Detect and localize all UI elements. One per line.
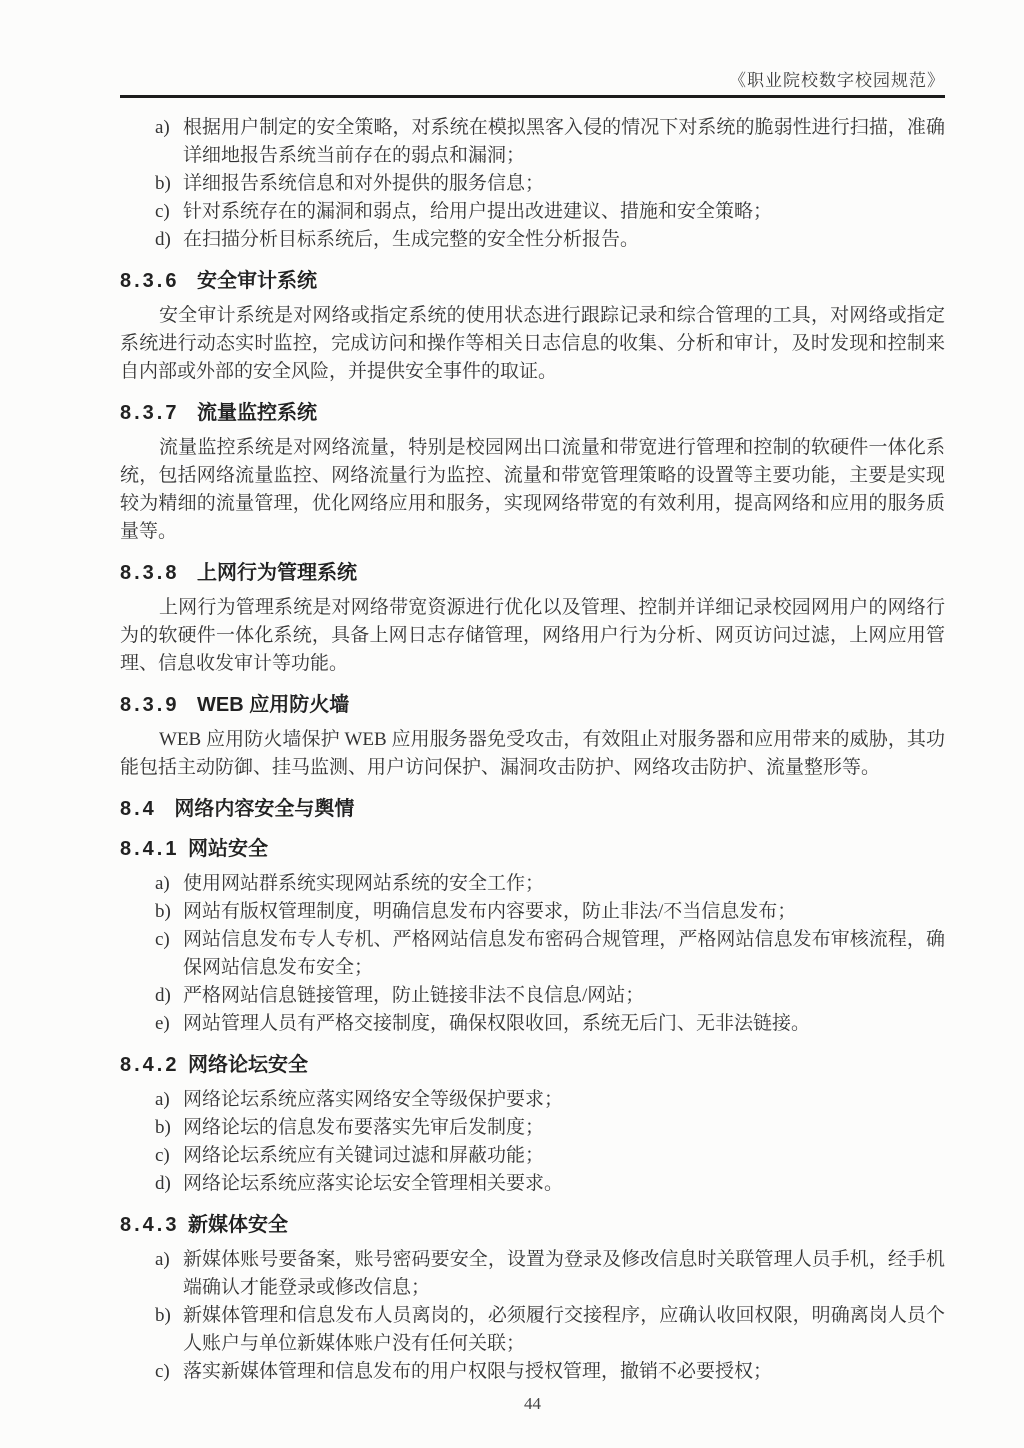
section-heading: 8.3.7 流量监控系统 — [120, 400, 945, 426]
document-page: 《职业院校数字校园规范》 a) 根据用户制定的安全策略，对系统在模拟黑客入侵的情… — [0, 0, 1024, 1448]
list-item-label: b) — [155, 170, 171, 198]
list-item: b) 新媒体管理和信息发布人员离岗的，必须履行交接程序，应确认收回权限，明确离岗… — [120, 1302, 945, 1358]
list-item: d) 在扫描分析目标系统后，生成完整的安全性分析报告。 — [120, 226, 945, 254]
section-heading: 8.3.9 WEB 应用防火墙 — [120, 692, 945, 718]
section-paragraph: 上网行为管理系统是对网络带宽资源进行优化以及管理、控制并详细记录校园网用户的网络… — [120, 594, 945, 678]
section-title: 网络论坛安全 — [188, 1054, 308, 1076]
section-heading: 8.3.6 安全审计系统 — [120, 268, 945, 294]
section-title: 网络内容安全与舆情 — [174, 798, 354, 820]
section-8-4-1: 8.4.1 网站安全 a) 使用网站群系统实现网站系统的安全工作； b) 网站有… — [120, 836, 945, 1038]
list-item-text: 详细报告系统信息和对外提供的服务信息； — [183, 173, 544, 194]
list-item-label: c) — [155, 1358, 170, 1386]
list-item: e) 网站管理人员有严格交接制度，确保权限收回，系统无后门、无非法链接。 — [120, 1010, 945, 1038]
lettered-list: a) 根据用户制定的安全策略，对系统在模拟黑客入侵的情况下对系统的脆弱性进行扫描… — [120, 114, 945, 254]
list-item: a) 使用网站群系统实现网站系统的安全工作； — [120, 870, 945, 898]
section-number: 8.4.1 — [120, 838, 179, 860]
list-item: c) 落实新媒体管理和信息发布的用户权限与授权管理，撤销不必要授权； — [120, 1358, 945, 1386]
list-item: c) 针对系统存在的漏洞和弱点，给用户提出改进建议、措施和安全策略； — [120, 198, 945, 226]
list-item: a) 根据用户制定的安全策略，对系统在模拟黑客入侵的情况下对系统的脆弱性进行扫描… — [120, 114, 945, 170]
list-item-label: d) — [155, 982, 171, 1010]
list-item-label: d) — [155, 1170, 171, 1198]
list-item-text: 使用网站群系统实现网站系统的安全工作； — [183, 873, 544, 894]
list-item-label: b) — [155, 898, 171, 926]
list-item-text: 新媒体管理和信息发布人员离岗的，必须履行交接程序，应确认收回权限，明确离岗人员个… — [183, 1305, 945, 1354]
list-item-text: 网络论坛系统应有关键词过滤和屏蔽功能； — [183, 1145, 544, 1166]
page-number: 44 — [120, 1394, 945, 1414]
lettered-list: a) 新媒体账号要备案，账号密码要安全，设置为登录及修改信息时关联管理人员手机，… — [120, 1246, 945, 1386]
list-item-text: 落实新媒体管理和信息发布的用户权限与授权管理，撤销不必要授权； — [183, 1361, 772, 1382]
list-item-text: 根据用户制定的安全策略，对系统在模拟黑客入侵的情况下对系统的脆弱性进行扫描，准确… — [183, 117, 945, 166]
list-item-label: a) — [155, 1246, 170, 1274]
list-item: d) 严格网站信息链接管理，防止链接非法不良信息/网站； — [120, 982, 945, 1010]
section-heading: 8.4.2 网络论坛安全 — [120, 1052, 945, 1078]
list-item-text: 网站有版权管理制度，明确信息发布内容要求，防止非法/不当信息发布； — [183, 901, 796, 922]
list-item-label: a) — [155, 114, 170, 142]
list-item-label: c) — [155, 198, 170, 226]
list-item: b) 详细报告系统信息和对外提供的服务信息； — [120, 170, 945, 198]
section-8-3-9: 8.3.9 WEB 应用防火墙 WEB 应用防火墙保护 WEB 应用服务器免受攻… — [120, 692, 945, 782]
section-8-4-2: 8.4.2 网络论坛安全 a) 网络论坛系统应落实网络安全等级保护要求； b) … — [120, 1052, 945, 1198]
list-item-text: 网站管理人员有严格交接制度，确保权限收回，系统无后门、无非法链接。 — [183, 1013, 810, 1034]
list-item-label: c) — [155, 1142, 170, 1170]
section-number: 8.3.9 — [120, 694, 179, 716]
section-paragraph: 安全审计系统是对网络或指定系统的使用状态进行跟踪记录和综合管理的工具，对网络或指… — [120, 302, 945, 386]
section-title: 网站安全 — [188, 838, 268, 860]
list-item-label: d) — [155, 226, 171, 254]
list-item: d) 网络论坛系统应落实论坛安全管理相关要求。 — [120, 1170, 945, 1198]
section-title: WEB 应用防火墙 — [197, 694, 349, 716]
section-8-4-3: 8.4.3 新媒体安全 a) 新媒体账号要备案，账号密码要安全，设置为登录及修改… — [120, 1212, 945, 1386]
list-item-label: b) — [155, 1302, 171, 1330]
section-paragraph: WEB 应用防火墙保护 WEB 应用服务器免受攻击，有效阻止对服务器和应用带来的… — [120, 726, 945, 782]
list-item-label: c) — [155, 926, 170, 954]
list-item-label: b) — [155, 1114, 171, 1142]
header-rule — [120, 95, 945, 98]
section-number: 8.4.3 — [120, 1214, 179, 1236]
section-title: 新媒体安全 — [188, 1214, 288, 1236]
list-item: c) 网站信息发布专人专机、严格网站信息发布密码合规管理，严格网站信息发布审核流… — [120, 926, 945, 982]
section-heading: 8.4.3 新媒体安全 — [120, 1212, 945, 1238]
list-item-text: 网站信息发布专人专机、严格网站信息发布密码合规管理，严格网站信息发布审核流程，确… — [183, 929, 945, 978]
section-number: 8.4.2 — [120, 1054, 179, 1076]
section-number: 8.3.6 — [120, 270, 179, 292]
section-heading: 8.3.8 上网行为管理系统 — [120, 560, 945, 586]
section-number: 8.4 — [120, 798, 157, 820]
section-8-3-6: 8.3.6 安全审计系统 安全审计系统是对网络或指定系统的使用状态进行跟踪记录和… — [120, 268, 945, 386]
list-item: a) 新媒体账号要备案，账号密码要安全，设置为登录及修改信息时关联管理人员手机，… — [120, 1246, 945, 1302]
header-title: 《职业院校数字校园规范》 — [120, 70, 945, 92]
section-title: 安全审计系统 — [197, 270, 317, 292]
list-item-label: a) — [155, 1086, 170, 1114]
section-number: 8.3.7 — [120, 402, 179, 424]
section-8-3-8: 8.3.8 上网行为管理系统 上网行为管理系统是对网络带宽资源进行优化以及管理、… — [120, 560, 945, 678]
list-item-text: 网络论坛系统应落实论坛安全管理相关要求。 — [183, 1173, 563, 1194]
list-item-text: 严格网站信息链接管理，防止链接非法不良信息/网站； — [183, 985, 644, 1006]
list-item-text: 网络论坛系统应落实网络安全等级保护要求； — [183, 1089, 563, 1110]
list-item: b) 网络论坛的信息发布要落实先审后发制度； — [120, 1114, 945, 1142]
section-paragraph: 流量监控系统是对网络流量，特别是校园网出口流量和带宽进行管理和控制的软硬件一体化… — [120, 434, 945, 546]
lettered-list: a) 使用网站群系统实现网站系统的安全工作； b) 网站有版权管理制度，明确信息… — [120, 870, 945, 1038]
section-heading: 8.4.1 网站安全 — [120, 836, 945, 862]
section-title: 上网行为管理系统 — [197, 562, 357, 584]
list-item-text: 新媒体账号要备案，账号密码要安全，设置为登录及修改信息时关联管理人员手机，经手机… — [183, 1249, 945, 1298]
lettered-list: a) 网络论坛系统应落实网络安全等级保护要求； b) 网络论坛的信息发布要落实先… — [120, 1086, 945, 1198]
list-item-text: 网络论坛的信息发布要落实先审后发制度； — [183, 1117, 544, 1138]
list-item: c) 网络论坛系统应有关键词过滤和屏蔽功能； — [120, 1142, 945, 1170]
list-item-text: 在扫描分析目标系统后，生成完整的安全性分析报告。 — [183, 229, 639, 250]
section-8-3-7: 8.3.7 流量监控系统 流量监控系统是对网络流量，特别是校园网出口流量和带宽进… — [120, 400, 945, 546]
chapter-heading-8-4: 8.4 网络内容安全与舆情 — [120, 796, 945, 822]
list-item: a) 网络论坛系统应落实网络安全等级保护要求； — [120, 1086, 945, 1114]
list-item: b) 网站有版权管理制度，明确信息发布内容要求，防止非法/不当信息发布； — [120, 898, 945, 926]
section-title: 流量监控系统 — [197, 402, 317, 424]
list-item-text: 针对系统存在的漏洞和弱点，给用户提出改进建议、措施和安全策略； — [183, 201, 772, 222]
section-number: 8.3.8 — [120, 562, 179, 584]
page-header: 《职业院校数字校园规范》 — [120, 70, 945, 98]
list-item-label: a) — [155, 870, 170, 898]
page-content: a) 根据用户制定的安全策略，对系统在模拟黑客入侵的情况下对系统的脆弱性进行扫描… — [120, 114, 945, 1414]
list-item-label: e) — [155, 1010, 170, 1038]
